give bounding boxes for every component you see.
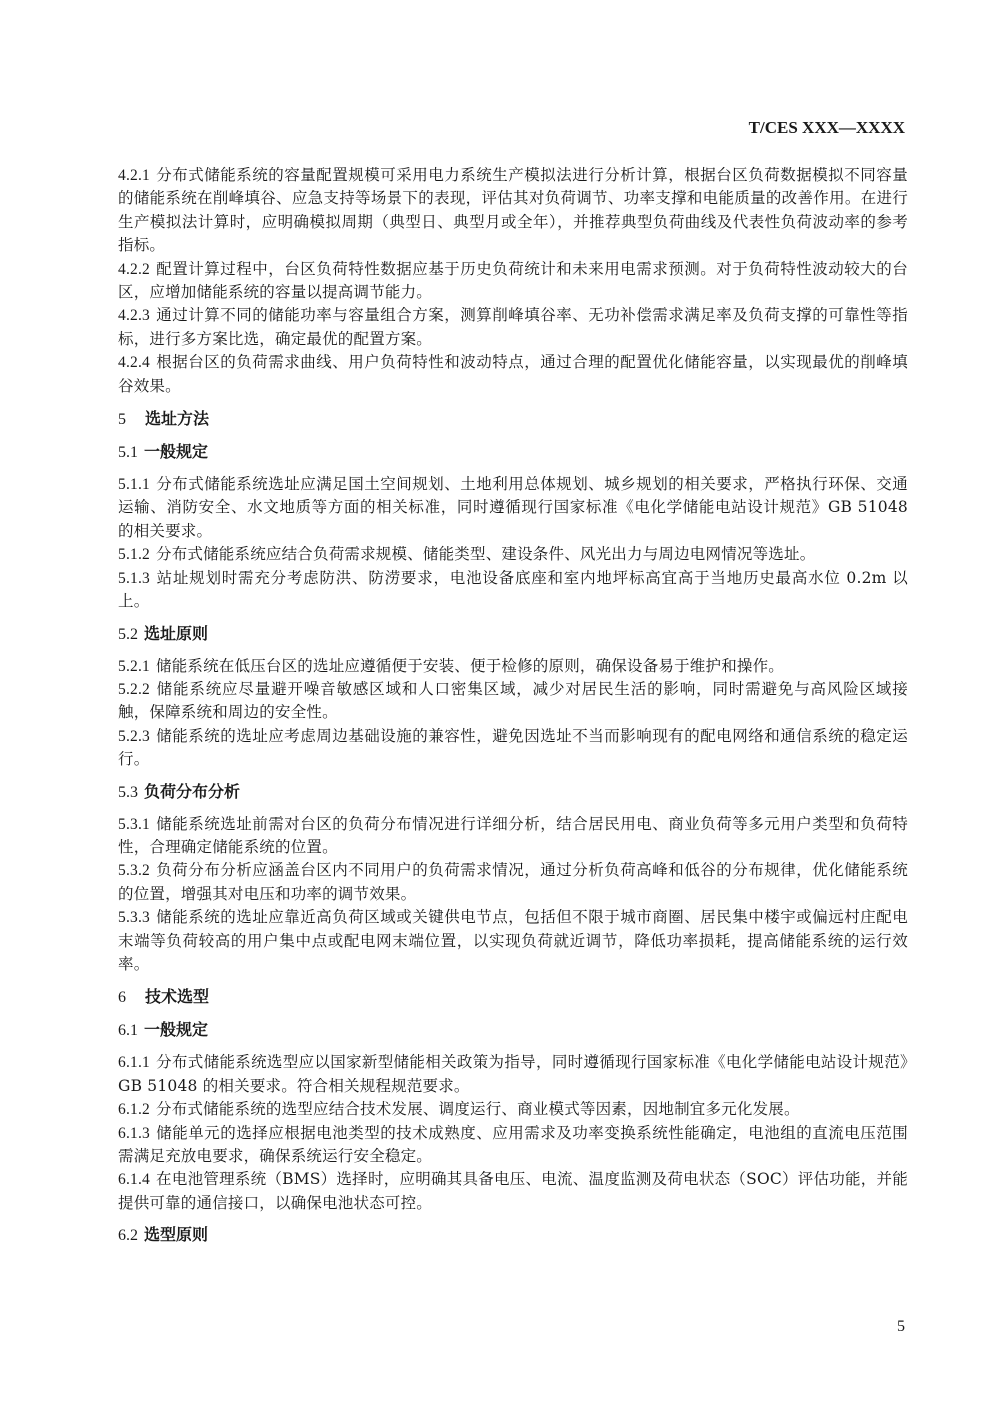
clause-5-1-1: 5.1.1分布式储能系统选址应满足国土空间规划、土地利用总体规划、城乡规划的相关… xyxy=(118,473,908,543)
clause-text: 通过计算不同的储能功率与容量组合方案，测算削峰填谷率、无功补偿需求满足率及负荷支… xyxy=(118,306,908,347)
clause-text: 分布式储能系统的选型应结合技术发展、调度运行、商业模式等因素，因地制宜多元化发展… xyxy=(156,1100,800,1118)
subsection-heading-6-2: 6.2选型原则 xyxy=(118,1223,908,1247)
clause-number: 6.1.2 xyxy=(118,1101,150,1118)
clause-5-3-2: 5.3.2负荷分布分析应涵盖台区内不同用户的负荷需求情况，通过分析负荷高峰和低谷… xyxy=(118,859,908,906)
subsection-heading-5-1: 5.1一般规定 xyxy=(118,440,908,464)
clause-4-2-3: 4.2.3通过计算不同的储能功率与容量组合方案，测算削峰填谷率、无功补偿需求满足… xyxy=(118,304,908,351)
clause-number: 6.1.4 xyxy=(118,1171,150,1188)
clause-5-2-1: 5.2.1储能系统在低压台区的选址应遵循便于安装、便于检修的原则，确保设备易于维… xyxy=(118,655,908,678)
clause-text: 在电池管理系统（BMS）选择时，应明确其具备电压、电流、温度监测及荷电状态（SO… xyxy=(118,1170,908,1211)
section-title: 选址原则 xyxy=(144,624,208,643)
clause-6-1-1: 6.1.1分布式储能系统选型应以国家新型储能相关政策为指导，同时遵循现行国家标准… xyxy=(118,1051,908,1098)
clause-number: 5.3.3 xyxy=(118,909,150,926)
clause-text: 储能单元的选择应根据电池类型的技术成熟度、应用需求及功率变换系统性能确定，电池组… xyxy=(118,1124,908,1165)
section-number: 6.2 xyxy=(118,1227,138,1244)
clause-5-1-2: 5.1.2分布式储能系统应结合负荷需求规模、储能类型、建设条件、风光出力与周边电… xyxy=(118,543,908,566)
section-number: 5.1 xyxy=(118,444,138,461)
clause-number: 5.1.2 xyxy=(118,546,150,563)
document-body: 4.2.1分布式储能系统的容量配置规模可采用电力系统生产模拟法进行分析计算，根据… xyxy=(118,164,908,1256)
clause-text: 储能系统的选址应考虑周边基础设施的兼容性，避免因选址不当而影响现有的配电网络和通… xyxy=(118,727,908,768)
clause-6-1-4: 6.1.4在电池管理系统（BMS）选择时，应明确其具备电压、电流、温度监测及荷电… xyxy=(118,1168,908,1215)
clause-text: 配置计算过程中，台区负荷特性数据应基于历史负荷统计和未来用电需求预测。对于负荷特… xyxy=(118,260,908,301)
clause-4-2-1: 4.2.1分布式储能系统的容量配置规模可采用电力系统生产模拟法进行分析计算，根据… xyxy=(118,164,908,258)
clause-text: 站址规划时需充分考虑防洪、防涝要求，电池设备底座和室内地坪标高宜高于当地历史最高… xyxy=(118,569,908,610)
clause-6-1-3: 6.1.3储能单元的选择应根据电池类型的技术成熟度、应用需求及功率变换系统性能确… xyxy=(118,1122,908,1169)
section-title: 选址方法 xyxy=(145,409,209,428)
section-number: 6 xyxy=(118,986,145,1009)
clause-number: 6.1.3 xyxy=(118,1125,150,1142)
clause-number: 5.2.2 xyxy=(118,681,150,698)
clause-text: 分布式储能系统选址应满足国土空间规划、土地利用总体规划、城乡规划的相关要求，严格… xyxy=(118,475,908,540)
subsection-heading-5-3: 5.3负荷分布分析 xyxy=(118,780,908,804)
clause-number: 5.3.1 xyxy=(118,816,150,833)
section-title: 技术选型 xyxy=(145,987,209,1006)
clause-5-3-3: 5.3.3储能系统的选址应靠近高负荷区域或关键供电节点，包括但不限于城市商圈、居… xyxy=(118,906,908,976)
section-title: 一般规定 xyxy=(144,442,208,461)
clause-4-2-2: 4.2.2配置计算过程中，台区负荷特性数据应基于历史负荷统计和未来用电需求预测。… xyxy=(118,258,908,305)
clause-4-2-4: 4.2.4根据台区的负荷需求曲线、用户负荷特性和波动特点，通过合理的配置优化储能… xyxy=(118,351,908,398)
clause-text: 负荷分布分析应涵盖台区内不同用户的负荷需求情况，通过分析负荷高峰和低谷的分布规律… xyxy=(118,861,908,902)
clause-number: 4.2.2 xyxy=(118,261,150,278)
clause-number: 5.1.1 xyxy=(118,476,150,493)
subsection-heading-5-2: 5.2选址原则 xyxy=(118,622,908,646)
clause-text: 储能系统的选址应靠近高负荷区域或关键供电节点，包括但不限于城市商圈、居民集中楼宇… xyxy=(118,908,908,973)
clause-text: 储能系统选址前需对台区的负荷分布情况进行详细分析，结合居民用电、商业负荷等多元用… xyxy=(118,815,908,856)
clause-text: 储能系统在低压台区的选址应遵循便于安装、便于检修的原则，确保设备易于维护和操作。 xyxy=(156,657,784,675)
section-heading-6: 6技术选型 xyxy=(118,985,908,1009)
clause-text: 分布式储能系统应结合负荷需求规模、储能类型、建设条件、风光出力与周边电网情况等选… xyxy=(156,545,815,563)
clause-text: 根据台区的负荷需求曲线、用户负荷特性和波动特点，通过合理的配置优化储能容量，以实… xyxy=(118,353,908,394)
section-number: 5.2 xyxy=(118,626,138,643)
document-code-header: T/CES XXX—XXXX xyxy=(749,118,905,138)
clause-number: 5.1.3 xyxy=(118,570,150,587)
clause-number: 4.2.3 xyxy=(118,307,150,324)
section-number: 6.1 xyxy=(118,1022,138,1039)
section-title: 一般规定 xyxy=(144,1020,208,1039)
clause-5-3-1: 5.3.1储能系统选址前需对台区的负荷分布情况进行详细分析，结合居民用电、商业负… xyxy=(118,813,908,860)
clause-number: 4.2.4 xyxy=(118,354,150,371)
section-heading-5: 5选址方法 xyxy=(118,407,908,431)
clause-5-1-3: 5.1.3站址规划时需充分考虑防洪、防涝要求，电池设备底座和室内地坪标高宜高于当… xyxy=(118,567,908,614)
clause-number: 4.2.1 xyxy=(118,167,150,184)
clause-number: 5.2.1 xyxy=(118,658,150,675)
section-number: 5.3 xyxy=(118,784,138,801)
section-title: 负荷分布分析 xyxy=(144,782,240,801)
clause-text: 储能系统应尽量避开噪音敏感区域和人口密集区域，减少对居民生活的影响，同时需避免与… xyxy=(118,680,908,721)
clause-5-2-2: 5.2.2储能系统应尽量避开噪音敏感区域和人口密集区域，减少对居民生活的影响，同… xyxy=(118,678,908,725)
clause-6-1-2: 6.1.2分布式储能系统的选型应结合技术发展、调度运行、商业模式等因素，因地制宜… xyxy=(118,1098,908,1121)
subsection-heading-6-1: 6.1一般规定 xyxy=(118,1018,908,1042)
page-number: 5 xyxy=(897,1318,905,1336)
clause-number: 5.2.3 xyxy=(118,728,150,745)
clause-5-2-3: 5.2.3储能系统的选址应考虑周边基础设施的兼容性，避免因选址不当而影响现有的配… xyxy=(118,725,908,772)
clause-text: 分布式储能系统的容量配置规模可采用电力系统生产模拟法进行分析计算，根据台区负荷数… xyxy=(118,166,908,254)
section-title: 选型原则 xyxy=(144,1225,208,1244)
section-number: 5 xyxy=(118,408,145,431)
clause-number: 5.3.2 xyxy=(118,862,150,879)
clause-text: 分布式储能系统选型应以国家新型储能相关政策为指导，同时遵循现行国家标准《电化学储… xyxy=(118,1053,908,1094)
clause-number: 6.1.1 xyxy=(118,1054,150,1071)
